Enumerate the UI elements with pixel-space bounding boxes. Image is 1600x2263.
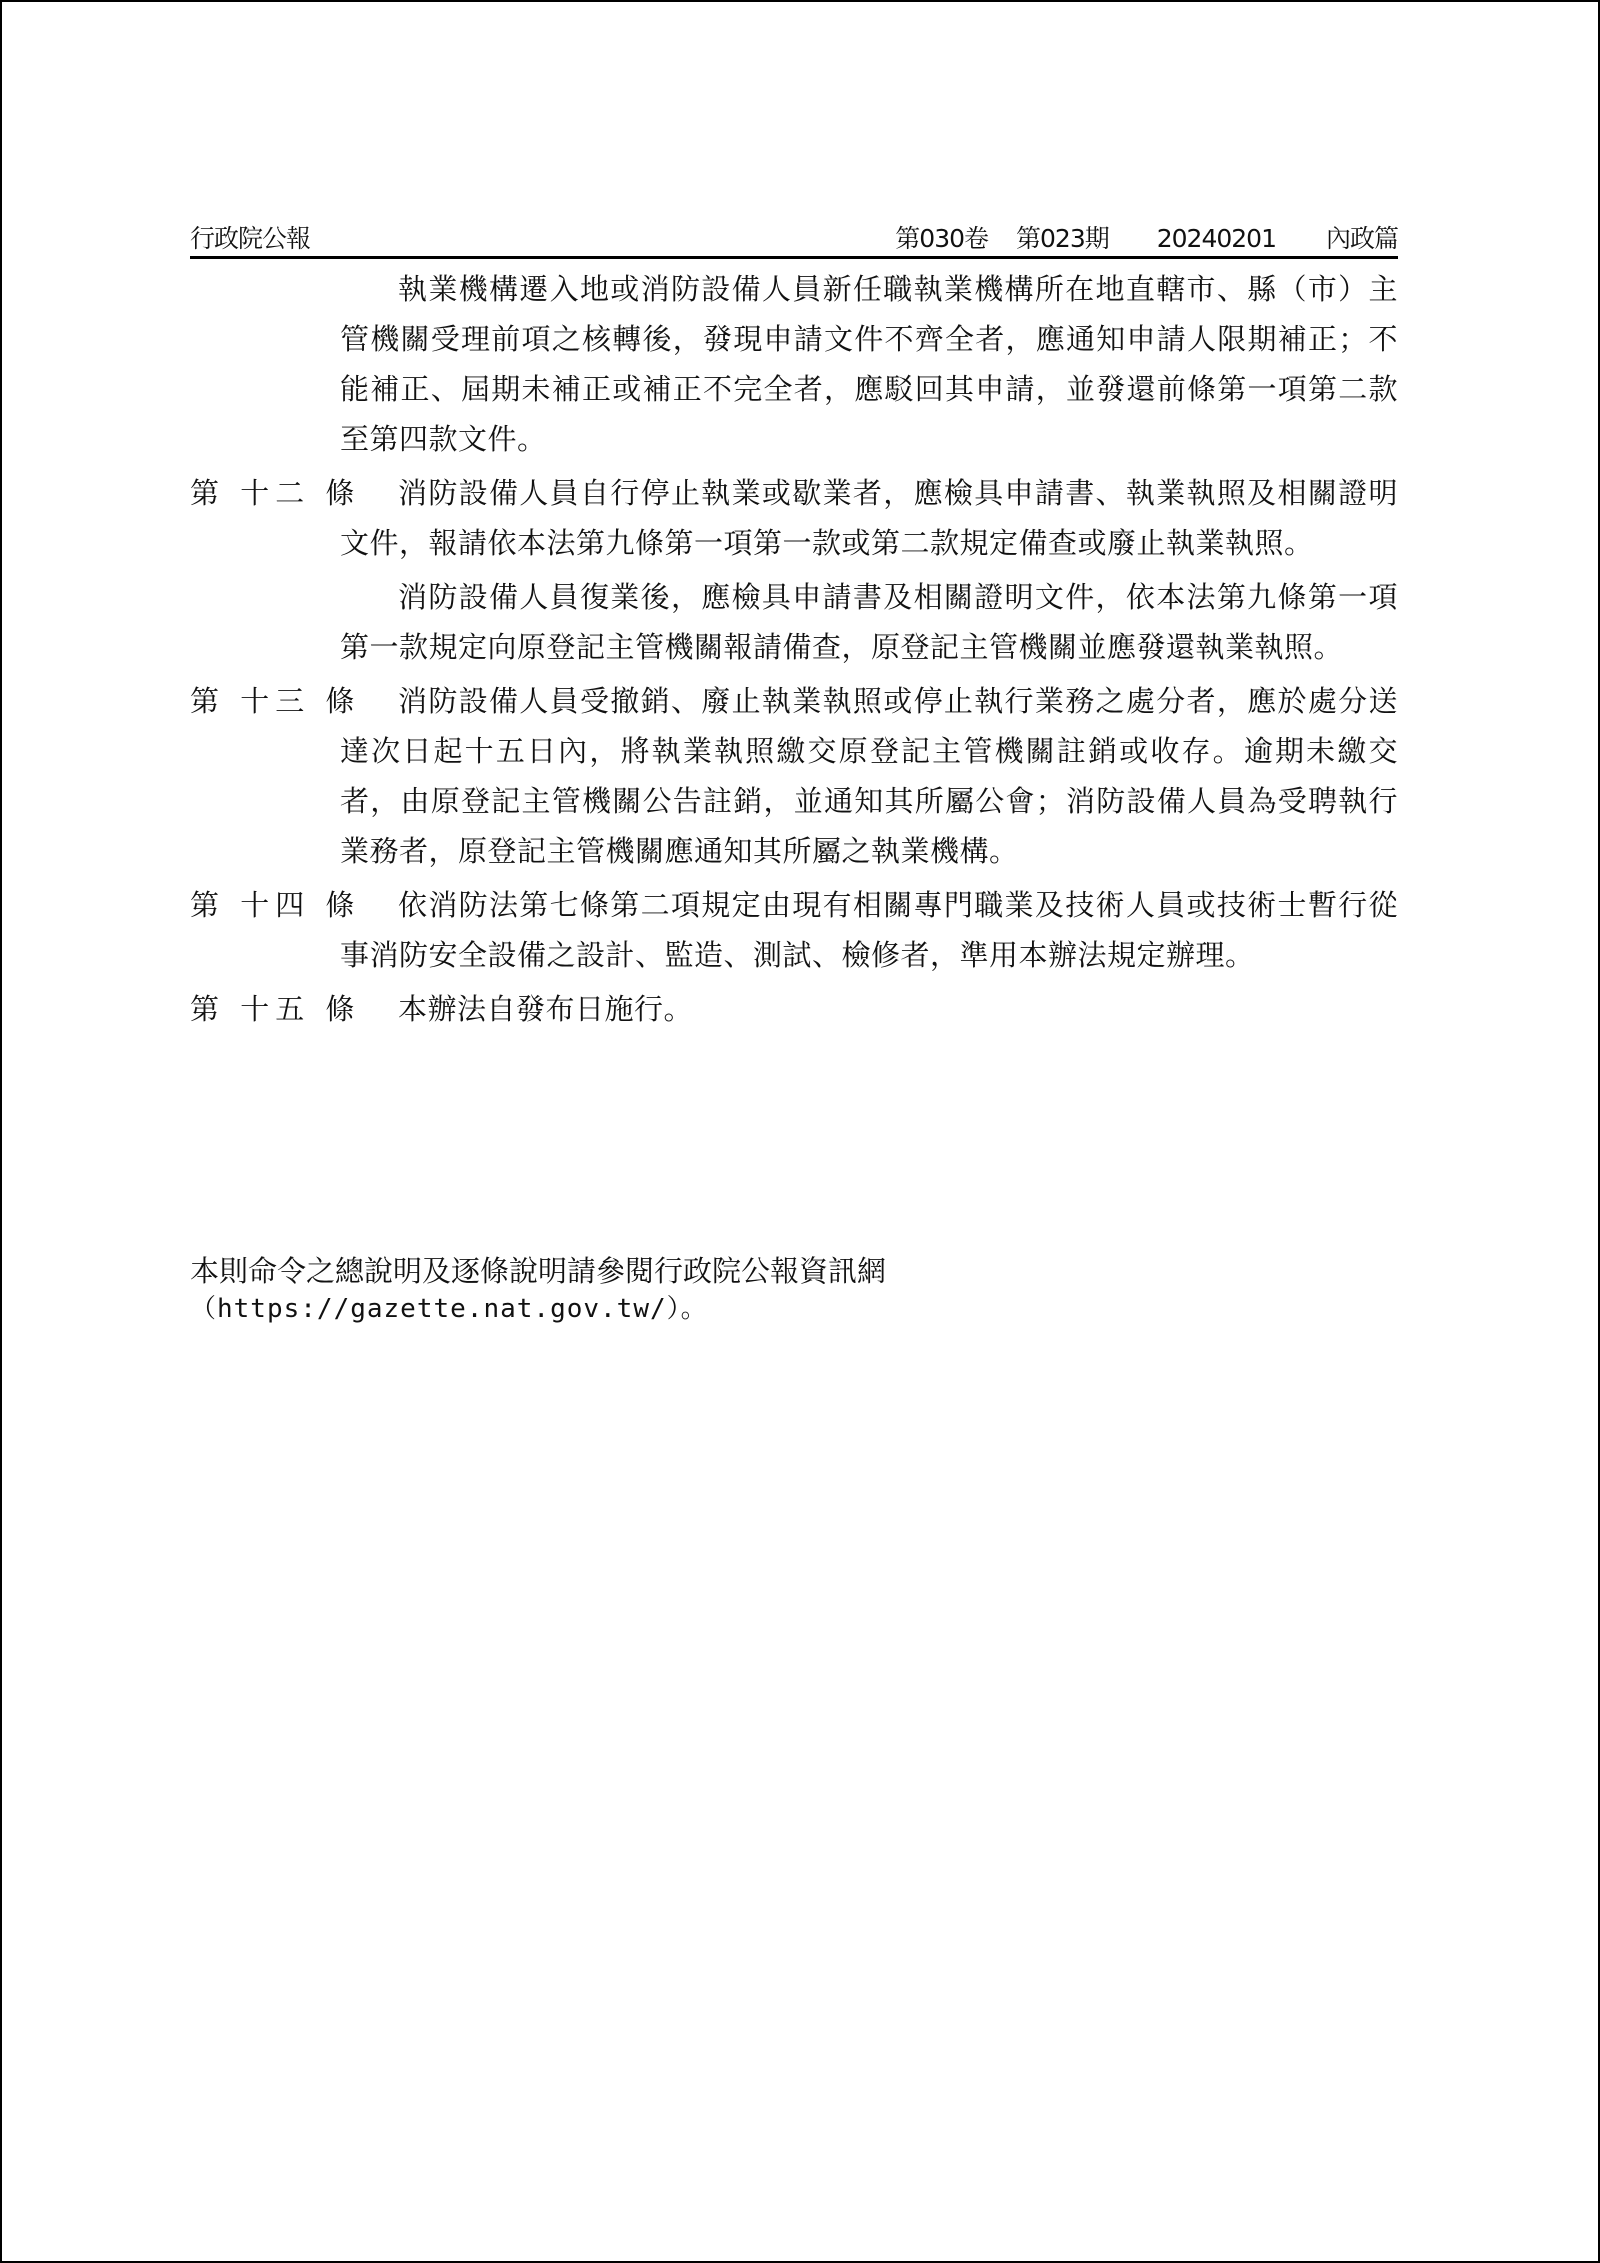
footnote-text: 本則命令之總說明及逐條說明請參閱行政院公報資訊網 bbox=[190, 1252, 886, 1290]
article-label: 第 十二 條 bbox=[190, 468, 340, 518]
footnote: 本則命令之總說明及逐條說明請參閱行政院公報資訊網 （https://gazett… bbox=[190, 1252, 886, 1328]
continuation-paragraph: 執業機構遷入地或消防設備人員新任職執業機構所在地直轄市、縣（市）主管機關受理前項… bbox=[190, 264, 1398, 464]
volume-number: 第030卷 bbox=[895, 222, 988, 256]
publication-name: 行政院公報 bbox=[190, 222, 310, 256]
article-label: 第 十五 條 bbox=[190, 984, 340, 1034]
section-name: 內政篇 bbox=[1326, 222, 1398, 256]
header-meta: 第030卷 第023期 20240201 內政篇 bbox=[895, 222, 1398, 256]
article-label: 第 十四 條 bbox=[190, 880, 340, 930]
article-12: 第 十二 條 消防設備人員自行停止執業或歇業者，應檢具申請書、執業執照及相關證明… bbox=[190, 468, 1398, 672]
paragraph-text: 消防設備人員受撤銷、廢止執業執照或停止執行業務之處分者，應於處分送達次日起十五日… bbox=[340, 676, 1398, 876]
footnote-url: （https://gazette.nat.gov.tw/）。 bbox=[190, 1290, 886, 1328]
paragraph-text: 消防設備人員復業後，應檢具申請書及相關證明文件，依本法第九條第一項第一款規定向原… bbox=[340, 572, 1398, 672]
issue-number: 第023期 bbox=[1016, 222, 1109, 256]
page-header: 行政院公報 第030卷 第023期 20240201 內政篇 bbox=[190, 222, 1398, 259]
article-label: 第 十三 條 bbox=[190, 676, 340, 726]
article-13: 第 十三 條 消防設備人員受撤銷、廢止執業執照或停止執行業務之處分者，應於處分送… bbox=[190, 676, 1398, 876]
paragraph-text: 本辦法自發布日施行。 bbox=[340, 984, 1398, 1034]
paragraph-text: 消防設備人員自行停止執業或歇業者，應檢具申請書、執業執照及相關證明文件，報請依本… bbox=[340, 468, 1398, 568]
document-body: 執業機構遷入地或消防設備人員新任職執業機構所在地直轄市、縣（市）主管機關受理前項… bbox=[190, 264, 1398, 1038]
publication-date: 20240201 bbox=[1157, 222, 1276, 256]
paragraph-text: 執業機構遷入地或消防設備人員新任職執業機構所在地直轄市、縣（市）主管機關受理前項… bbox=[340, 264, 1398, 464]
article-15: 第 十五 條 本辦法自發布日施行。 bbox=[190, 984, 1398, 1034]
article-14: 第 十四 條 依消防法第七條第二項規定由現有相關專門職業及技術人員或技術士暫行從… bbox=[190, 880, 1398, 980]
paragraph-text: 依消防法第七條第二項規定由現有相關專門職業及技術人員或技術士暫行從事消防安全設備… bbox=[340, 880, 1398, 980]
